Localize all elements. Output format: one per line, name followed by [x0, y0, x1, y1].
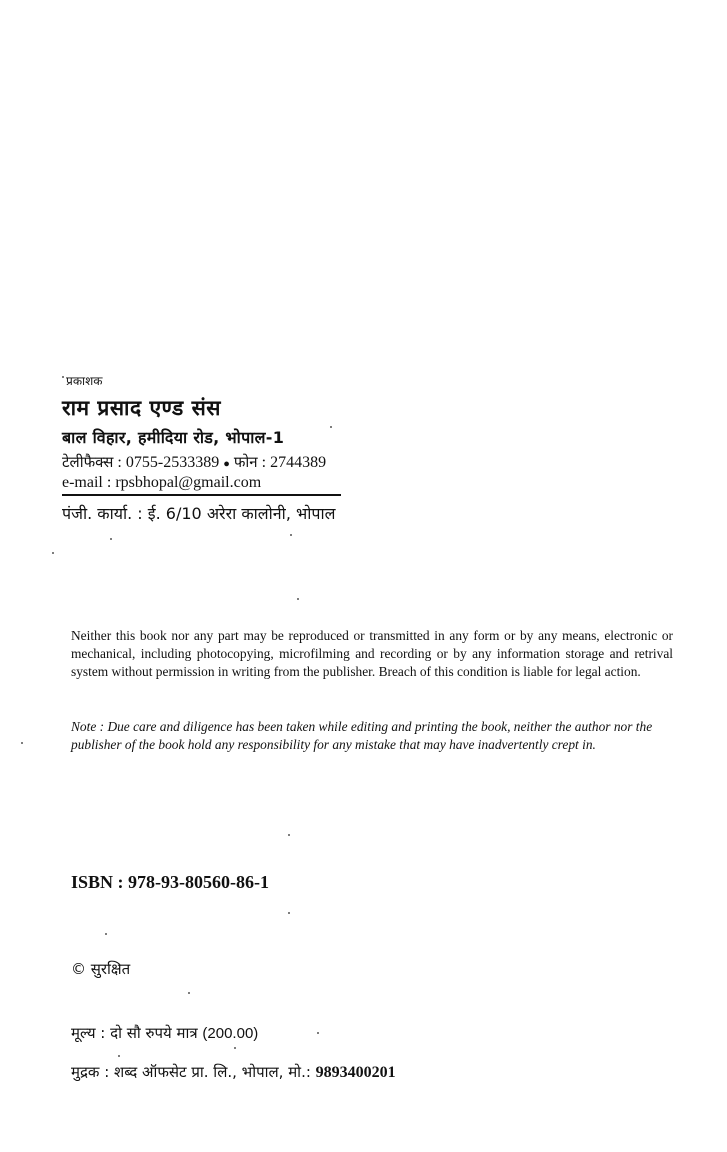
scan-speck [21, 742, 23, 744]
phone-label: फोन [234, 453, 258, 471]
scan-speck [317, 1032, 319, 1034]
disclaimer-note: Note : Due care and diligence has been t… [71, 718, 673, 754]
price-line: मूल्य : दो सौ रुपये मात्र (200.00) [71, 1023, 258, 1043]
scan-speck [297, 598, 299, 600]
isbn: ISBN : 978-93-80560-86-1 [71, 872, 269, 893]
bullet-icon: ● [223, 458, 230, 470]
publisher-name: राम प्रसाद एण्ड संस [62, 394, 221, 422]
registered-office: पंजी. कार्या. : ई. 6/10 अरेरा कालोनी, भो… [62, 502, 335, 524]
email-line: e-mail : rpsbhopal@gmail.com [62, 474, 261, 492]
publisher-label: प्रकाशक [66, 372, 103, 389]
scan-speck [110, 538, 112, 540]
email-address: rpsbhopal@gmail.com [115, 474, 261, 491]
copyright-notice: © सुरक्षित [71, 959, 130, 979]
publisher-address: बाल विहार, हमीदिया रोड, भोपाल-1 [62, 426, 284, 448]
scan-speck [290, 534, 292, 536]
telefax-label: टेलीफैक्स [62, 453, 113, 471]
scan-speck [62, 376, 64, 378]
scan-speck [330, 426, 332, 428]
scan-speck [288, 834, 290, 836]
email-label: e-mail [62, 474, 103, 491]
phone-number: 2744389 [270, 454, 326, 471]
scan-speck [105, 933, 107, 935]
divider-rule [62, 494, 341, 496]
scan-speck [118, 1055, 120, 1057]
scan-speck [288, 912, 290, 914]
printer-label: मुद्रक : शब्द ऑफसेट प्रा. लि., भोपाल, मो… [71, 1063, 311, 1081]
printer-line: मुद्रक : शब्द ऑफसेट प्रा. लि., भोपाल, मो… [71, 1062, 396, 1082]
contact-line: टेलीफैक्स : 0755-2533389 ● फोन : 2744389 [62, 452, 326, 472]
price-amount: (200.00) [202, 1025, 258, 1042]
scan-speck [52, 552, 54, 554]
scan-speck [188, 992, 190, 994]
legal-notice: Neither this book nor any part may be re… [71, 627, 673, 681]
printer-mobile: 9893400201 [316, 1064, 396, 1081]
telefax-number: 0755-2533389 [126, 454, 219, 471]
price-label: मूल्य : दो सौ रुपये मात्र [71, 1024, 198, 1042]
scan-speck [234, 1047, 236, 1049]
